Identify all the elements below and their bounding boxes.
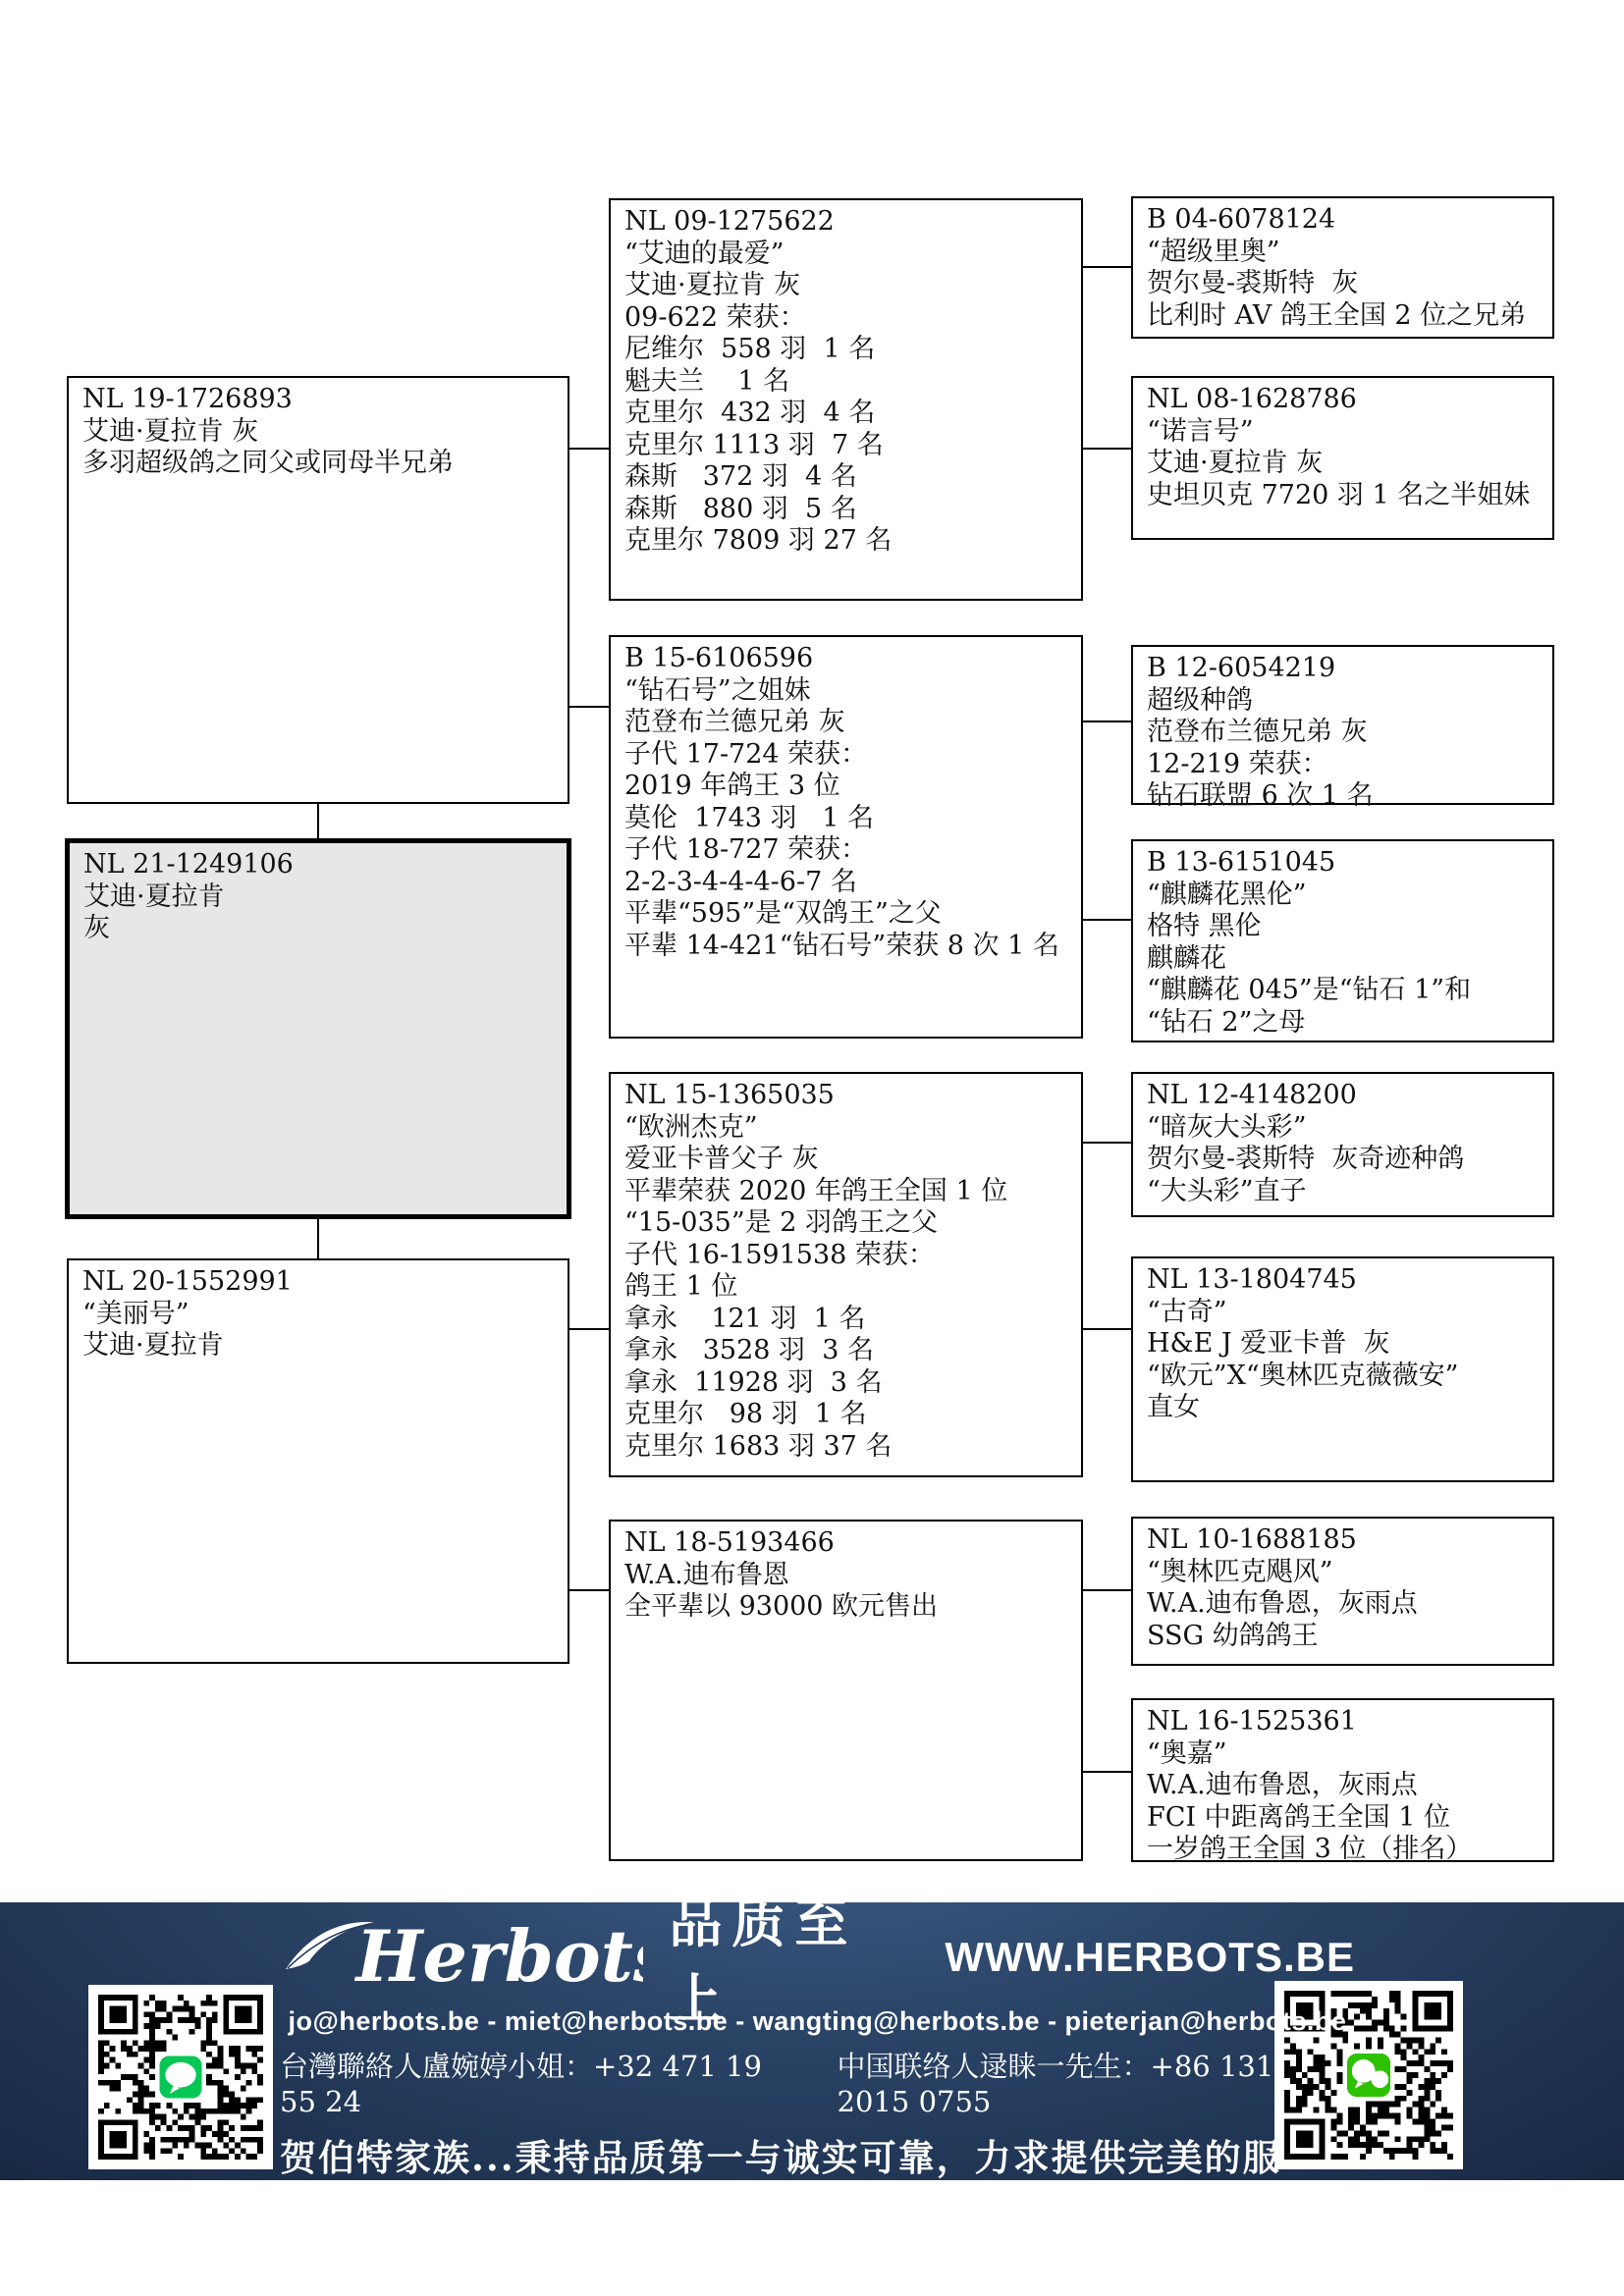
pedigree-text-line: 莫伦 1743 羽 1 名 xyxy=(624,803,1071,835)
connector-line xyxy=(569,448,609,450)
pedigree-text-line: 比利时 AV 鸽王全国 2 位之兄弟 xyxy=(1147,300,1543,333)
pedigree-text-line: “大头彩”直子 xyxy=(1147,1176,1543,1208)
connector-line xyxy=(1083,448,1131,450)
pedigree-text-line: “奥嘉” xyxy=(1147,1738,1543,1771)
pedigree-text-line: 2-2-3-4-4-4-6-7 名 xyxy=(624,867,1071,899)
box-great-grandparent-6: NL 13-1804745“古奇”H&E J 爱亚卡普 灰“欧元”X“奥林匹克薇… xyxy=(1131,1256,1554,1482)
pedigree-text-line: 史坦贝克 7720 羽 1 名之半姐妹 xyxy=(1147,480,1543,512)
pedigree-text-line: 克里尔 432 羽 4 名 xyxy=(624,398,1071,430)
pedigree-text-line: FCI 中距离鸽王全国 1 位 xyxy=(1147,1802,1543,1835)
pedigree-text-line: 09-622 荣获： xyxy=(624,302,1071,335)
box-maternal-grandsire: NL 15-1365035“欧洲杰克”爱亚卡普父子 灰平辈荣获 2020 年鸽王… xyxy=(609,1072,1083,1477)
pedigree-text-line: “麒麟花 045”是“钻石 1”和 xyxy=(1147,975,1543,1007)
contact-taiwan: 台灣聯絡人盧婉婷小姐：+32 471 19 55 24 xyxy=(280,2045,775,2118)
line-app-icon xyxy=(160,2056,202,2099)
pedigree-text-line: NL 15-1365035 xyxy=(624,1080,1071,1112)
connector-line xyxy=(1083,266,1131,268)
line-qr-code xyxy=(88,1985,273,2169)
connector-line xyxy=(317,804,319,840)
pedigree-text-line: W.A.迪布鲁恩，灰雨点 xyxy=(1147,1770,1543,1802)
pedigree-text-line: B 12-6054219 xyxy=(1147,653,1543,685)
box-great-grandparent-1: B 04-6078124“超级里奥”贺尔曼-裘斯特 灰比利时 AV 鸽王全国 2… xyxy=(1131,196,1554,339)
pedigree-text-line: 艾迪·夏拉肯 灰 xyxy=(82,416,558,449)
pedigree-text-line: 直女 xyxy=(1147,1392,1543,1424)
pedigree-text-line: 尼维尔 558 羽 1 名 xyxy=(624,334,1071,366)
box-great-grandparent-7: NL 10-1688185“奥林匹克飓风”W.A.迪布鲁恩，灰雨点SSG 幼鸽鸽… xyxy=(1131,1517,1554,1666)
pedigree-text-line: 拿永 11928 羽 3 名 xyxy=(624,1367,1071,1400)
email-links[interactable]: jo@herbots.be - miet@herbots.be - wangti… xyxy=(289,2006,1347,2037)
box-paternal-granddam: B 15-6106596“钻石号”之姐妹范登布兰德兄弟 灰子代 17-724 荣… xyxy=(609,635,1083,1039)
pedigree-text-line: 范登布兰德兄弟 灰 xyxy=(1147,717,1543,749)
pedigree-text-line: “钻石号”之姐妹 xyxy=(624,675,1071,708)
pedigree-text-line: NL 09-1275622 xyxy=(624,206,1071,239)
pedigree-text-line: “超级里奥” xyxy=(1147,237,1543,269)
pedigree-text-line: “钻石 2”之母 xyxy=(1147,1007,1543,1040)
pedigree-text-line: “诺言号” xyxy=(1147,416,1543,449)
pedigree-text-line: 平辈荣获 2020 年鸽王全国 1 位 xyxy=(624,1176,1071,1208)
pedigree-text-line: B 15-6106596 xyxy=(624,643,1071,675)
pedigree-text-line: 森斯 372 羽 4 名 xyxy=(624,461,1071,494)
pedigree-text-line: “古奇” xyxy=(1147,1297,1543,1329)
pedigree-text-line: 爱亚卡普父子 灰 xyxy=(624,1144,1071,1176)
pedigree-text-line: 艾迪·夏拉肯 xyxy=(82,1330,558,1362)
pedigree-text-line: NL 12-4148200 xyxy=(1147,1080,1543,1112)
pedigree-text-line: 克里尔 7809 羽 27 名 xyxy=(624,525,1071,558)
pedigree-text-line: SSG 幼鸽鸽王 xyxy=(1147,1621,1543,1653)
pedigree-text-line: 平辈“595”是“双鸽王”之父 xyxy=(624,898,1071,931)
contact-row: 台灣聯絡人盧婉婷小姐：+32 471 19 55 24 中国联络人逯睐一先生：+… xyxy=(280,2045,1355,2118)
pedigree-text-line: 拿永 3528 羽 3 名 xyxy=(624,1335,1071,1367)
pedigree-text-line: 全平辈以 93000 欧元售出 xyxy=(624,1591,1071,1624)
pedigree-text-line: 多羽超级鸽之同父或同母半兄弟 xyxy=(82,448,558,480)
brand-row: Herbots 品质至上 WWW.HERBOTS.BE xyxy=(280,1910,1355,2004)
pedigree-text-line: 平辈 14-421“钻石号”荣获 8 次 1 名 xyxy=(624,931,1071,963)
footer-banner: Herbots 品质至上 WWW.HERBOTS.BE jo@herbots.b… xyxy=(0,1902,1624,2180)
connector-line xyxy=(1083,1771,1131,1773)
pedigree-text-line: NL 18-5193466 xyxy=(624,1527,1071,1560)
pedigree-text-line: B 04-6078124 xyxy=(1147,204,1543,237)
pedigree-text-line: NL 16-1525361 xyxy=(1147,1706,1543,1738)
pedigree-text-line: NL 08-1628786 xyxy=(1147,384,1543,416)
pedigree-text-line: W.A.迪布鲁恩，灰雨点 xyxy=(1147,1588,1543,1621)
pedigree-text-line: 克里尔 1113 羽 7 名 xyxy=(624,430,1071,462)
connector-line xyxy=(1083,1328,1131,1330)
box-great-grandparent-3: B 12-6054219超级种鸽范登布兰德兄弟 灰12-219 荣获：钻石联盟 … xyxy=(1131,645,1554,805)
pedigree-text-line: 艾迪·夏拉肯 灰 xyxy=(1147,448,1543,480)
box-great-grandparent-4: B 13-6151045“麒麟花黑伦”格特 黑伦麒麟花“麒麟花 045”是“钻石… xyxy=(1131,839,1554,1042)
pedigree-text-line: 艾迪·夏拉肯 xyxy=(83,881,557,914)
pedigree-text-line: W.A.迪布鲁恩 xyxy=(624,1560,1071,1592)
pedigree-text-line: 钻石联盟 6 次 1 名 xyxy=(1147,780,1543,813)
pedigree-text-line: H&E J 爱亚卡普 灰 xyxy=(1147,1328,1543,1361)
svg-text:Herbots: Herbots xyxy=(354,1915,644,1998)
box-paternal-grandsire: NL 09-1275622“艾迪的最爱”艾迪·夏拉肯 灰09-622 荣获：尼维… xyxy=(609,198,1083,601)
box-maternal-granddam: NL 18-5193466W.A.迪布鲁恩全平辈以 93000 欧元售出 xyxy=(609,1520,1083,1861)
pedigree-text-line: B 13-6151045 xyxy=(1147,847,1543,880)
connector-line xyxy=(1083,721,1131,722)
herbots-logo: Herbots xyxy=(280,1912,643,2002)
box-great-grandparent-8: NL 16-1525361“奥嘉”W.A.迪布鲁恩，灰雨点FCI 中距离鸽王全国… xyxy=(1131,1698,1554,1862)
pedigree-text-line: 贺尔曼-裘斯特 灰奇迹种鸽 xyxy=(1147,1144,1543,1176)
pedigree-text-line: 12-219 荣获： xyxy=(1147,749,1543,781)
connector-line xyxy=(569,706,609,708)
pedigree-text-line: “奥林匹克飓风” xyxy=(1147,1557,1543,1589)
pedigree-text-line: 艾迪·夏拉肯 灰 xyxy=(624,270,1071,302)
connector-line xyxy=(569,1328,609,1330)
box-father: NL 19-1726893艾迪·夏拉肯 灰多羽超级鸽之同父或同母半兄弟 xyxy=(67,376,569,804)
pedigree-text-line: 麒麟花 xyxy=(1147,943,1543,976)
pedigree-text-line: 灰 xyxy=(83,913,557,945)
pedigree-text-line: 魁夫兰 1 名 xyxy=(624,366,1071,399)
pedigree-text-line: 克里尔 1683 羽 37 名 xyxy=(624,1431,1071,1464)
pedigree-text-line: 2019 年鸽王 3 位 xyxy=(624,771,1071,803)
footer-slogan: 贺伯特家族...秉持品质第一与诚实可靠，力求提供完美的服务！ xyxy=(280,2128,1355,2234)
box-great-grandparent-5: NL 12-4148200“暗灰大头彩”贺尔曼-裘斯特 灰奇迹种鸽“大头彩”直子 xyxy=(1131,1072,1554,1217)
pedigree-text-line: 克里尔 98 羽 1 名 xyxy=(624,1399,1071,1431)
pedigree-text-line: “欧元”X“奥林匹克薇薇安” xyxy=(1147,1361,1543,1393)
footer-content: Herbots 品质至上 WWW.HERBOTS.BE jo@herbots.b… xyxy=(280,1910,1355,2170)
pedigree-text-line: NL 19-1726893 xyxy=(82,384,558,416)
pedigree-text-line: 格特 黑伦 xyxy=(1147,911,1543,943)
connector-line xyxy=(1083,919,1131,921)
connector-line xyxy=(569,1589,609,1591)
pedigree-text-line: “麒麟花黑伦” xyxy=(1147,880,1543,912)
pedigree-text-line: 拿永 121 羽 1 名 xyxy=(624,1304,1071,1336)
connector-line xyxy=(317,1217,319,1260)
pedigree-text-line: 范登布兰德兄弟 灰 xyxy=(624,707,1071,739)
box-subject: NL 21-1249106艾迪·夏拉肯灰 xyxy=(65,838,571,1219)
connector-line xyxy=(1083,1142,1131,1144)
pedigree-text-line: “15-035”是 2 羽鸽王之父 xyxy=(624,1207,1071,1240)
pedigree-text-line: 鸽王 1 位 xyxy=(624,1271,1071,1304)
pedigree-text-line: 子代 17-724 荣获： xyxy=(624,739,1071,772)
pedigree-text-line: 一岁鸽王全国 3 位（排名） xyxy=(1147,1834,1543,1866)
pedigree-text-line: “艾迪的最爱” xyxy=(624,239,1071,271)
pedigree-text-line: “暗灰大头彩” xyxy=(1147,1112,1543,1145)
pedigree-text-line: NL 13-1804745 xyxy=(1147,1264,1543,1297)
pedigree-text-line: NL 10-1688185 xyxy=(1147,1524,1543,1557)
pedigree-text-line: “美丽号” xyxy=(82,1299,558,1331)
pedigree-text-line: NL 21-1249106 xyxy=(83,849,557,881)
pedigree-text-line: 子代 18-727 荣获： xyxy=(624,834,1071,867)
website-link[interactable]: WWW.HERBOTS.BE xyxy=(945,1934,1355,1981)
pedigree-text-line: NL 20-1552991 xyxy=(82,1266,558,1299)
box-mother: NL 20-1552991“美丽号”艾迪·夏拉肯 xyxy=(67,1258,569,1664)
connector-line xyxy=(1083,1589,1131,1591)
pedigree-text-line: “欧洲杰克” xyxy=(624,1112,1071,1145)
box-great-grandparent-2: NL 08-1628786“诺言号”艾迪·夏拉肯 灰史坦贝克 7720 羽 1 … xyxy=(1131,376,1554,540)
pedigree-text-line: 贺尔曼-裘斯特 灰 xyxy=(1147,268,1543,300)
pedigree-text-line: 超级种鸽 xyxy=(1147,685,1543,718)
pedigree-page: NL 19-1726893艾迪·夏拉肯 灰多羽超级鸽之同父或同母半兄弟 NL 2… xyxy=(0,0,1624,2296)
qr-pattern xyxy=(98,1995,263,2160)
pedigree-text-line: 子代 16-1591538 荣获： xyxy=(624,1240,1071,1272)
contact-china: 中国联络人逯睐一先生：+86 131 2015 0755 xyxy=(838,2045,1355,2118)
pedigree-text-line: 森斯 880 羽 5 名 xyxy=(624,494,1071,526)
